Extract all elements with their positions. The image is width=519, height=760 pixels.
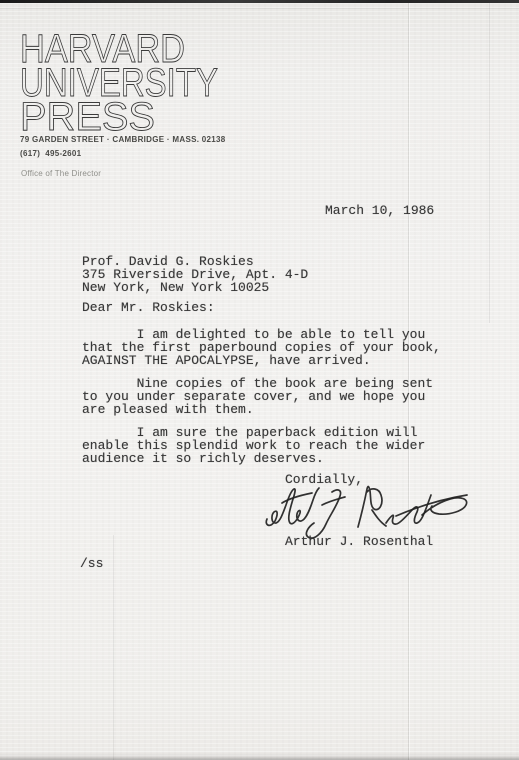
scan-edge-top: [0, 0, 519, 3]
paper-crease-vertical: [489, 3, 490, 323]
scanned-letter-page: HARVARD UNIVERSITY PRESS 79 GARDEN STREE…: [0, 0, 519, 760]
office-of-the-director-line: Office of The Director: [21, 169, 101, 179]
body-paragraph-2: Nine copies of the book are being sent t…: [82, 377, 433, 416]
salutation: Dear Mr. Roskies:: [82, 301, 215, 314]
harvard-university-press-logo: HARVARD UNIVERSITY PRESS: [14, 26, 244, 138]
scan-edge-bottom: [0, 752, 519, 760]
body-paragraph-3: I am sure the paperback edition will ena…: [82, 426, 425, 465]
body-line: AGAINST THE APOCALYPSE, have arrived.: [82, 354, 441, 367]
recipient-address-block: Prof. David G. Roskies 375 Riverside Dri…: [82, 255, 308, 294]
signer-typed-name: Arthur J. Rosenthal: [285, 535, 433, 548]
paper-crease-horizontal: [0, 8, 519, 9]
logo-line-press: PRESS: [20, 95, 155, 138]
typist-initials: /ss: [80, 557, 103, 570]
letterhead-phone: (617) 495-2601: [20, 149, 81, 159]
body-line: are pleased with them.: [82, 403, 433, 416]
body-line: audience it so richly deserves.: [82, 452, 425, 465]
recipient-city-line: New York, New York 10025: [82, 281, 308, 294]
handwritten-signature: [262, 483, 480, 541]
date-line: March 10, 1986: [325, 204, 434, 217]
letterhead-street-address: 79 GARDEN STREET · CAMBRIDGE · MASS. 021…: [20, 135, 226, 145]
paper-crease-vertical: [113, 535, 114, 760]
body-paragraph-1: I am delighted to be able to tell you th…: [82, 328, 441, 367]
